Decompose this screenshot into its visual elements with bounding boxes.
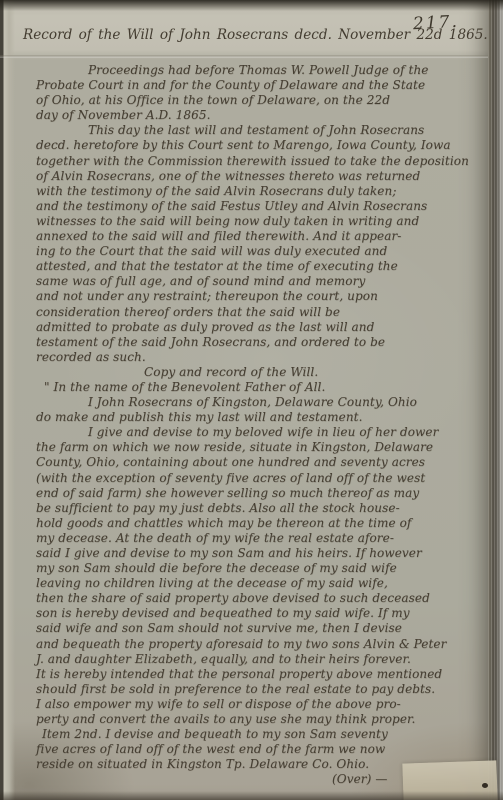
ledger-photo: 217. Record of the Will of John Rosecran…	[0, 0, 503, 800]
manuscript-line: I also empower my wife to sell or dispos…	[36, 697, 477, 712]
manuscript-line: County, Ohio, containing about one hundr…	[36, 455, 477, 470]
manuscript-line: leaving no children living at the deceas…	[36, 576, 477, 591]
manuscript-line: witnesses to the said will being now dul…	[36, 214, 477, 229]
manuscript-line: annexed to the said will and filed there…	[36, 229, 477, 244]
manuscript-line: and bequeath the property aforesaid to m…	[36, 637, 477, 652]
manuscript-line: my decease. At the death of my wife the …	[36, 531, 477, 546]
manuscript-line: This day the last will and testament of …	[88, 123, 477, 138]
manuscript-line: my son Sam should die before the decease…	[36, 561, 477, 576]
record-heading: Record of the Will of John Rosecrans dec…	[23, 27, 478, 43]
manuscript-line: son is hereby devised and bequeathed to …	[36, 606, 477, 621]
manuscript-line: It is hereby intended that the personal …	[36, 667, 477, 682]
manuscript-line: ing to the Court that the said will was …	[36, 244, 477, 259]
ledger-page: 217. Record of the Will of John Rosecran…	[0, 0, 489, 800]
manuscript-line: same was of full age, and of sound mind …	[36, 274, 477, 289]
manuscript-line: and not under any restraint; thereupon t…	[36, 289, 477, 304]
manuscript-line: testament of the said John Rosecrans, an…	[36, 335, 477, 350]
manuscript-line: be sufficient to pay my just debts. Also…	[36, 501, 477, 516]
ink-blot	[482, 783, 488, 788]
manuscript-line: Proceedings had before Thomas W. Powell …	[88, 63, 477, 78]
manuscript-line: recorded as such.	[36, 350, 477, 365]
repair-tape-patch	[402, 760, 497, 800]
manuscript-line: end of said farm) she however selling so…	[36, 486, 477, 501]
manuscript-line: Probate Court in and for the County of D…	[36, 78, 477, 93]
manuscript-line: day of November A.D. 1865.	[36, 108, 477, 123]
paper-crease	[0, 55, 489, 58]
manuscript-line: should first be sold in preference to th…	[36, 682, 477, 697]
manuscript-line: I give and devise to my beloved wife in …	[88, 425, 477, 440]
manuscript-line: together with the Commission therewith i…	[36, 154, 477, 169]
manuscript-line: decd. heretofore by this Court sent to M…	[36, 138, 477, 153]
manuscript-line: do make and publish this my last will an…	[36, 410, 477, 425]
manuscript-line: (with the exception of seventy five acre…	[36, 471, 477, 486]
manuscript-line: perty and convert the avails to any use …	[36, 712, 477, 727]
manuscript-line: of Alvin Rosecrans, one of the witnesses…	[36, 169, 477, 184]
manuscript-line: the farm on which we now reside, situate…	[36, 440, 477, 455]
manuscript-line: hold goods and chattles which may be the…	[36, 516, 477, 531]
manuscript-line: attested, and that the testator at the t…	[36, 259, 477, 274]
manuscript-line: then the share of said property above de…	[36, 591, 477, 606]
manuscript-line: consideration thereof orders that the sa…	[36, 305, 477, 320]
manuscript-line: " In the name of the Benevolent Father o…	[44, 380, 477, 395]
manuscript-line: of Ohio, at his Office in the town of De…	[36, 93, 477, 108]
manuscript-line: said I give and devise to my son Sam and…	[36, 546, 477, 561]
manuscript-line: Copy and record of the Will.	[144, 365, 477, 380]
manuscript-line: Item 2nd. I devise and bequeath to my so…	[42, 727, 477, 742]
book-fore-edge	[488, 0, 503, 800]
manuscript-line: I John Rosecrans of Kingston, Delaware C…	[88, 395, 477, 410]
manuscript-line: admitted to probate as duly proved as th…	[36, 320, 477, 335]
manuscript-line: with the testimony of the said Alvin Ros…	[36, 184, 477, 199]
manuscript-line: said wife and son Sam should not survive…	[36, 621, 477, 636]
manuscript-body: Proceedings had before Thomas W. Powell …	[36, 63, 477, 788]
manuscript-line: J. and daughter Elizabeth, equally, and …	[36, 652, 477, 667]
manuscript-line: five acres of land off of the west end o…	[36, 742, 477, 757]
manuscript-line: and the testimony of the said Festus Utl…	[36, 199, 477, 214]
